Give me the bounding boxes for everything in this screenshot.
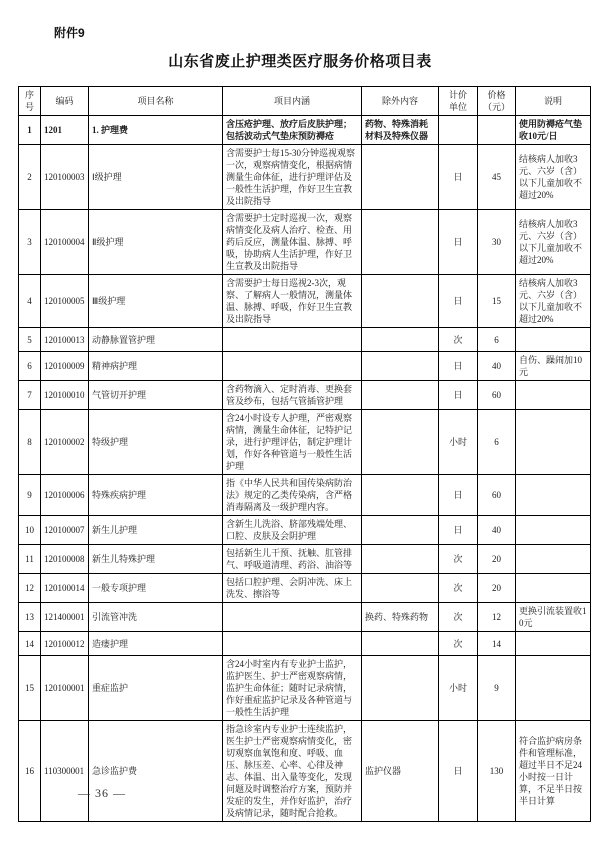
cell-content [223,352,362,381]
cell-content: 含需要护士定时巡视一次，观察病情变化及病人治疗、检查、用药后反应，测量体温、脉搏… [223,210,362,275]
table-header-row: 序号 编码 项目名称 项目内涵 除外内容 计价 单位 价格 （元） 说明 [19,87,591,116]
page-title: 山东省废止护理类医疗服务价格项目表 [0,50,600,71]
cell-exclusion: 药物、特殊消耗材料及特殊仪器 [362,116,439,145]
cell-name: 造瘘护理 [89,632,223,656]
cell-unit: 小时 [439,656,478,721]
price-table: 序号 编码 项目名称 项目内涵 除外内容 计价 单位 价格 （元） 说明 112… [18,86,591,822]
cell-exclusion [362,210,439,275]
cell-exclusion [362,475,439,516]
cell-content [223,603,362,632]
cell-exclusion [362,145,439,210]
cell-content: 含新生儿洗浴、脐部残端处理、口腔、皮肤及会阴护理 [223,516,362,545]
cell-price [478,116,516,145]
cell-unit: 日 [439,275,478,328]
cell-note: 使用防褥疮气垫收10元/日 [516,116,591,145]
cell-no: 10 [19,516,41,545]
table-row: 14120100012造瘘护理次14 [19,632,591,656]
cell-no: 12 [19,574,41,603]
document-page: 附件9 山东省废止护理类医疗服务价格项目表 序号 编码 项目名称 项目内涵 除外… [0,0,600,848]
cell-no: 5 [19,328,41,352]
cell-note: 更换引流装置收10元 [516,603,591,632]
table-row: 5120100013动静脉置管护理次6 [19,328,591,352]
cell-content: 含24小时室内有专业护士监护，监护医生、护士严密观察病情，监护生命体征；随时记录… [223,656,362,721]
cell-name: 引流管冲洗 [89,603,223,632]
table-row: 15120100001重症监护含24小时室内有专业护士监护，监护医生、护士严密观… [19,656,591,721]
cell-content: 指急诊室内专业护士连续监护，医生护士严密观察病情变化，密切观察血氧饱和度、呼吸、… [223,721,362,822]
cell-note [516,656,591,721]
cell-no: 6 [19,352,41,381]
cell-no: 3 [19,210,41,275]
cell-unit: 次 [439,545,478,574]
cell-content: 含需要护士每15-30分钟巡视观察一次，观察病情变化，根据病情测量生命体征，进行… [223,145,362,210]
cell-no: 7 [19,381,41,410]
cell-exclusion [362,545,439,574]
cell-name: 重症监护 [89,656,223,721]
cell-name: 精神病护理 [89,352,223,381]
header-exclusion: 除外内容 [362,87,439,116]
cell-unit: 日 [439,145,478,210]
table-row: 2120100003Ⅰ级护理含需要护士每15-30分钟巡视观察一次，观察病情变化… [19,145,591,210]
table-row: 3120100004Ⅱ级护理含需要护士定时巡视一次，观察病情变化及病人治疗、检查… [19,210,591,275]
cell-content [223,328,362,352]
cell-unit [439,116,478,145]
cell-content: 包括口腔护理、会阴冲洗、床上洗发、擦浴等 [223,574,362,603]
table-header: 序号 编码 项目名称 项目内涵 除外内容 计价 单位 价格 （元） 说明 [19,87,591,116]
header-code: 编码 [41,87,89,116]
cell-unit: 小时 [439,410,478,475]
cell-no: 9 [19,475,41,516]
cell-note [516,475,591,516]
cell-code: 120100005 [41,275,89,328]
cell-unit: 日 [439,352,478,381]
cell-name: 急诊监护费 [89,721,223,822]
cell-price: 20 [478,574,516,603]
table-row: 6120100009精神病护理日40自伤、躁闹加10元 [19,352,591,381]
attachment-label: 附件9 [54,24,85,41]
cell-exclusion [362,656,439,721]
cell-content: 含24小时设专人护理，严密观察病情，测量生命体征，记特护记录，进行护理评估，制定… [223,410,362,475]
cell-unit: 日 [439,381,478,410]
cell-content: 含需要护士每日巡视2-3次，观察、了解病人一般情况，测量体温、脉搏、呼吸，作好卫… [223,275,362,328]
cell-note: 自伤、躁闹加10元 [516,352,591,381]
cell-name: Ⅲ级护理 [89,275,223,328]
cell-no: 1 [19,116,41,145]
cell-code: 1201 [41,116,89,145]
header-no: 序号 [19,87,41,116]
cell-content: 含药物滴入、定时消毒、更换套管及纱布，包括气管插管护理 [223,381,362,410]
cell-price: 40 [478,352,516,381]
table-row: 112011. 护理费含压疮护理、放疗后皮肤护理；包括波动式气垫床预防褥疮药物、… [19,116,591,145]
table-row: 11120100008新生儿特殊护理包括新生儿干预、抚触、肛管排气、呼吸道清理、… [19,545,591,574]
cell-code: 120100008 [41,545,89,574]
cell-price: 14 [478,632,516,656]
cell-unit: 日 [439,516,478,545]
cell-content: 含压疮护理、放疗后皮肤护理；包括波动式气垫床预防褥疮 [223,116,362,145]
cell-name: 新生儿特殊护理 [89,545,223,574]
cell-name: Ⅰ级护理 [89,145,223,210]
table-row: 4120100005Ⅲ级护理含需要护士每日巡视2-3次，观察、了解病人一般情况，… [19,275,591,328]
header-price: 价格 （元） [478,87,516,116]
cell-content: 指《中华人民共和国传染病防治法》规定的乙类传染病，含严格消毒隔离及一级护理内容。 [223,475,362,516]
cell-code: 110300001 [41,721,89,822]
cell-note [516,545,591,574]
cell-unit: 次 [439,574,478,603]
cell-exclusion [362,328,439,352]
cell-no: 8 [19,410,41,475]
cell-price: 6 [478,328,516,352]
cell-no: 15 [19,656,41,721]
cell-price: 12 [478,603,516,632]
cell-unit: 次 [439,328,478,352]
cell-price: 6 [478,410,516,475]
cell-code: 120100012 [41,632,89,656]
cell-unit: 日 [439,210,478,275]
cell-code: 121400001 [41,603,89,632]
cell-exclusion [362,632,439,656]
cell-note: 结核病人加收3元、六岁（含）以下儿童加收不超过20% [516,275,591,328]
cell-exclusion [362,381,439,410]
cell-no: 2 [19,145,41,210]
cell-note [516,410,591,475]
cell-content: 包括新生儿干预、抚触、肛管排气、呼吸道清理、药浴、油浴等 [223,545,362,574]
cell-note [516,381,591,410]
table-row: 12120100014一般专项护理包括口腔护理、会阴冲洗、床上洗发、擦浴等次20 [19,574,591,603]
cell-exclusion: 换药、特殊药物 [362,603,439,632]
cell-name: 一般专项护理 [89,574,223,603]
cell-code: 120100013 [41,328,89,352]
cell-price: 45 [478,145,516,210]
cell-price: 15 [478,275,516,328]
cell-exclusion: 监护仪器 [362,721,439,822]
cell-note: 符合监护病房条件和管理标准，超过半日不足24小时按一日计算，不足半日按半日计算 [516,721,591,822]
cell-name: 1. 护理费 [89,116,223,145]
header-unit: 计价 单位 [439,87,478,116]
cell-no: 16 [19,721,41,822]
cell-note [516,574,591,603]
cell-name: 特殊疾病护理 [89,475,223,516]
cell-note [516,328,591,352]
cell-content [223,632,362,656]
cell-no: 11 [19,545,41,574]
cell-name: 新生儿护理 [89,516,223,545]
table-row: 9120100006特殊疾病护理指《中华人民共和国传染病防治法》规定的乙类传染病… [19,475,591,516]
cell-price: 20 [478,545,516,574]
cell-name: 特级护理 [89,410,223,475]
table-row: 7120100010气管切开护理含药物滴入、定时消毒、更换套管及纱布，包括气管插… [19,381,591,410]
cell-unit: 次 [439,603,478,632]
cell-name: Ⅱ级护理 [89,210,223,275]
cell-code: 120100007 [41,516,89,545]
table-row: 8120100002特级护理含24小时设专人护理，严密观察病情，测量生命体征，记… [19,410,591,475]
cell-price: 60 [478,381,516,410]
cell-price: 40 [478,516,516,545]
table-body: 112011. 护理费含压疮护理、放疗后皮肤护理；包括波动式气垫床预防褥疮药物、… [19,116,591,822]
table-row: 16110300001急诊监护费指急诊室内专业护士连续监护，医生护士严密观察病情… [19,721,591,822]
cell-price: 30 [478,210,516,275]
cell-code: 120100006 [41,475,89,516]
cell-no: 14 [19,632,41,656]
cell-code: 120100010 [41,381,89,410]
cell-code: 120100004 [41,210,89,275]
cell-unit: 次 [439,632,478,656]
header-note: 说明 [516,87,591,116]
cell-unit: 日 [439,475,478,516]
cell-code: 120100002 [41,410,89,475]
table-row: 13121400001引流管冲洗换药、特殊药物次12更换引流装置收10元 [19,603,591,632]
cell-price: 60 [478,475,516,516]
cell-exclusion [362,275,439,328]
cell-note [516,632,591,656]
cell-no: 4 [19,275,41,328]
cell-code: 120100014 [41,574,89,603]
header-content: 项目内涵 [223,87,362,116]
cell-exclusion [362,352,439,381]
cell-exclusion [362,574,439,603]
cell-exclusion [362,410,439,475]
cell-name: 气管切开护理 [89,381,223,410]
header-name: 项目名称 [89,87,223,116]
cell-code: 120100001 [41,656,89,721]
cell-price: 130 [478,721,516,822]
cell-name: 动静脉置管护理 [89,328,223,352]
cell-unit: 日 [439,721,478,822]
cell-code: 120100009 [41,352,89,381]
cell-exclusion [362,516,439,545]
page-number: — 36 — [78,786,126,801]
cell-note: 结核病人加收3元、六岁（含）以下儿童加收不超过20% [516,210,591,275]
cell-no: 13 [19,603,41,632]
cell-note [516,516,591,545]
cell-note: 结核病人加收3元、六岁（含）以下儿童加收不超过20% [516,145,591,210]
cell-price: 9 [478,656,516,721]
cell-code: 120100003 [41,145,89,210]
table-row: 10120100007新生儿护理含新生儿洗浴、脐部残端处理、口腔、皮肤及会阴护理… [19,516,591,545]
